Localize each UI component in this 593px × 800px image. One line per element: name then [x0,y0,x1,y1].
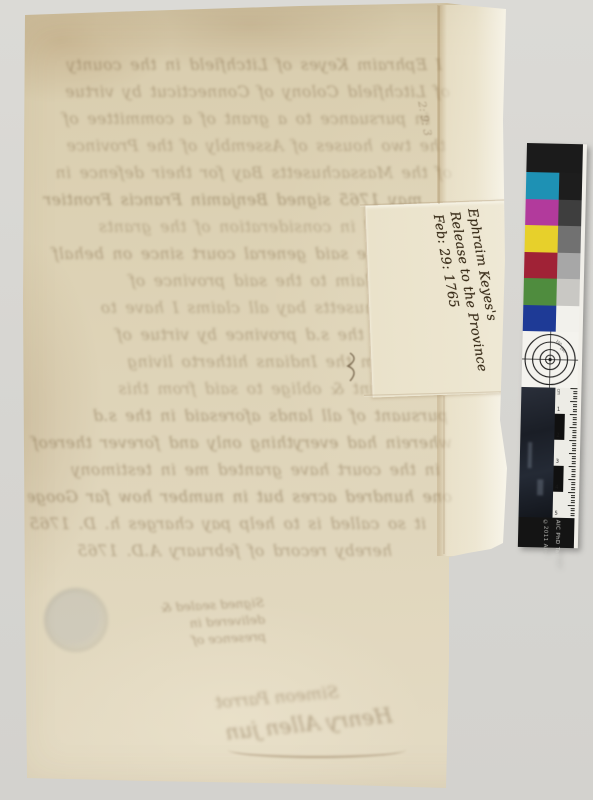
ruler-tick [571,487,575,488]
patch-color-magenta [525,198,559,225]
bleedthrough-line: pursuant of all lands aforesaid in the s… [28,403,452,430]
patch-gray-gray-55 [558,226,582,253]
ruler-tick [572,463,576,464]
ruler-tick [573,409,577,410]
ruler-tick [571,515,575,516]
target-color-patch-grid [523,172,587,332]
ink-scribble [346,350,372,388]
bleedthrough-line: one hundred acres but in number how far … [28,484,452,511]
target-footer: AIC PhD Target ©2011 AIC [518,517,575,548]
paper-crease [438,6,440,204]
patch-gray-black [559,173,583,200]
bleedthrough-line: I Ephraim Keyes of Litchfield in the cou… [28,52,452,79]
ruler-tick [571,497,575,498]
patch-row [526,172,583,200]
ruler-unit-label: cm [556,389,561,395]
manuscript-page: I Ephraim Keyes of Litchfield in the cou… [0,0,593,800]
target-registration-circle: 100 160 [521,331,578,388]
patch-row [523,278,580,306]
ruler-number: 5 [555,512,558,517]
ruler-tick [573,399,577,400]
ruler-tick [570,427,577,428]
ruler-tick [572,469,576,470]
ruler-tick [571,484,575,485]
ruler-tick [573,412,577,413]
ruler-tick [572,456,576,457]
bleedthrough-line: the two houses of Assembly of the Provin… [28,133,452,160]
bleedthrough-line: wherein had everything only and forever … [28,430,452,457]
ruler-tick [571,482,575,483]
ruler-tick [568,505,575,506]
ruler-tick [572,448,576,449]
ruler-tick [571,489,575,490]
ruler-number: 3 [556,460,559,465]
target-name-label: AIC PhD Target [552,520,560,567]
ruler-tick [571,513,575,514]
ruler-tick [572,443,576,444]
bleedthrough-signature-1: Simeon Parrot [214,683,339,714]
bleedthrough-line: it so called is to help pay charges h. D… [28,511,452,538]
bleedthrough-attestation-block: Signed sealed &delivered inpresence of [94,594,266,654]
ruler-tick [572,461,576,462]
ruler-tick [571,508,575,509]
aic-phd-calibration-target: 100 160 cm 12345 AIC PhD Target ©2011 AI… [518,143,587,548]
target-copyright-label: ©2011 AIC [541,519,549,554]
patch-color-green [523,278,557,305]
ruler-tick [573,393,577,394]
ruler-number: 4 [555,486,558,491]
ruler-number: 1 [557,408,560,413]
ruler-tick [572,445,576,446]
patch-row [525,198,582,226]
target-gloss-dark-bar [519,387,556,518]
ruler-tick [568,492,575,493]
target-black-header-patch [526,143,583,173]
ruler-tick [573,406,577,407]
ruler-number: 2 [556,434,559,439]
photographed-scene: I Ephraim Keyes of Litchfield in the cou… [0,0,593,800]
ruler-tick [572,450,576,451]
patch-gray-gray-35 [557,252,581,279]
patch-row [523,304,580,332]
ruler-tick [572,435,576,436]
bleedthrough-line: in pursuance to a grant of a committee o… [28,106,452,133]
bleedthrough-line: of Litchfield Colony of Connecticut by v… [28,79,452,106]
ruler-tick [570,414,577,415]
ruler-tick [569,466,576,467]
patch-color-blue [523,304,557,331]
ruler-tick [569,453,576,454]
signature-flourish-underline [228,742,406,758]
ruler-tick [571,476,575,477]
target-ruler-section: cm 12345 [519,387,578,518]
bleedthrough-line: in the court have granted me in testimon… [28,457,452,484]
ruler-tick [572,471,576,472]
ruler-tick [573,419,577,420]
patch-row [524,251,581,279]
ruler-tick [571,502,575,503]
patch-row [525,225,582,253]
concentric-circles-icon [521,331,578,388]
ruler-tick [569,440,576,441]
patch-gray-gray-15 [556,279,580,306]
ruler-tick [573,404,577,405]
patch-gray-white [556,305,580,332]
ruler-tick [571,500,575,501]
patch-gray-gray-80 [558,199,582,226]
ruler-tick [570,401,577,402]
patch-color-cyan [526,172,560,199]
ruler-tick [573,424,577,425]
ruler-tick [572,437,576,438]
target-scale-ruler: cm 12345 [553,388,578,518]
ruler-tick [573,422,577,423]
ruler-tick [568,479,575,480]
paper-crease [443,396,445,554]
bleedthrough-line: hereby record of february A.D. 1765 [28,538,452,565]
patch-color-yellow [525,225,559,252]
bleedthrough-line: of the Massachusetts Bay for their defen… [28,160,452,187]
ruler-tick [573,417,577,418]
patch-color-red [524,251,558,278]
ruler-tick [572,458,576,459]
ruler-tick [571,495,575,496]
ruler-tick [573,396,577,397]
ruler-tick [571,474,575,475]
ruler-tick [572,432,576,433]
embossed-seal [44,588,108,652]
ruler-tick [570,388,577,389]
ruler-tick [573,391,577,392]
ruler-tick [571,510,575,511]
ruler-tick [572,430,576,431]
